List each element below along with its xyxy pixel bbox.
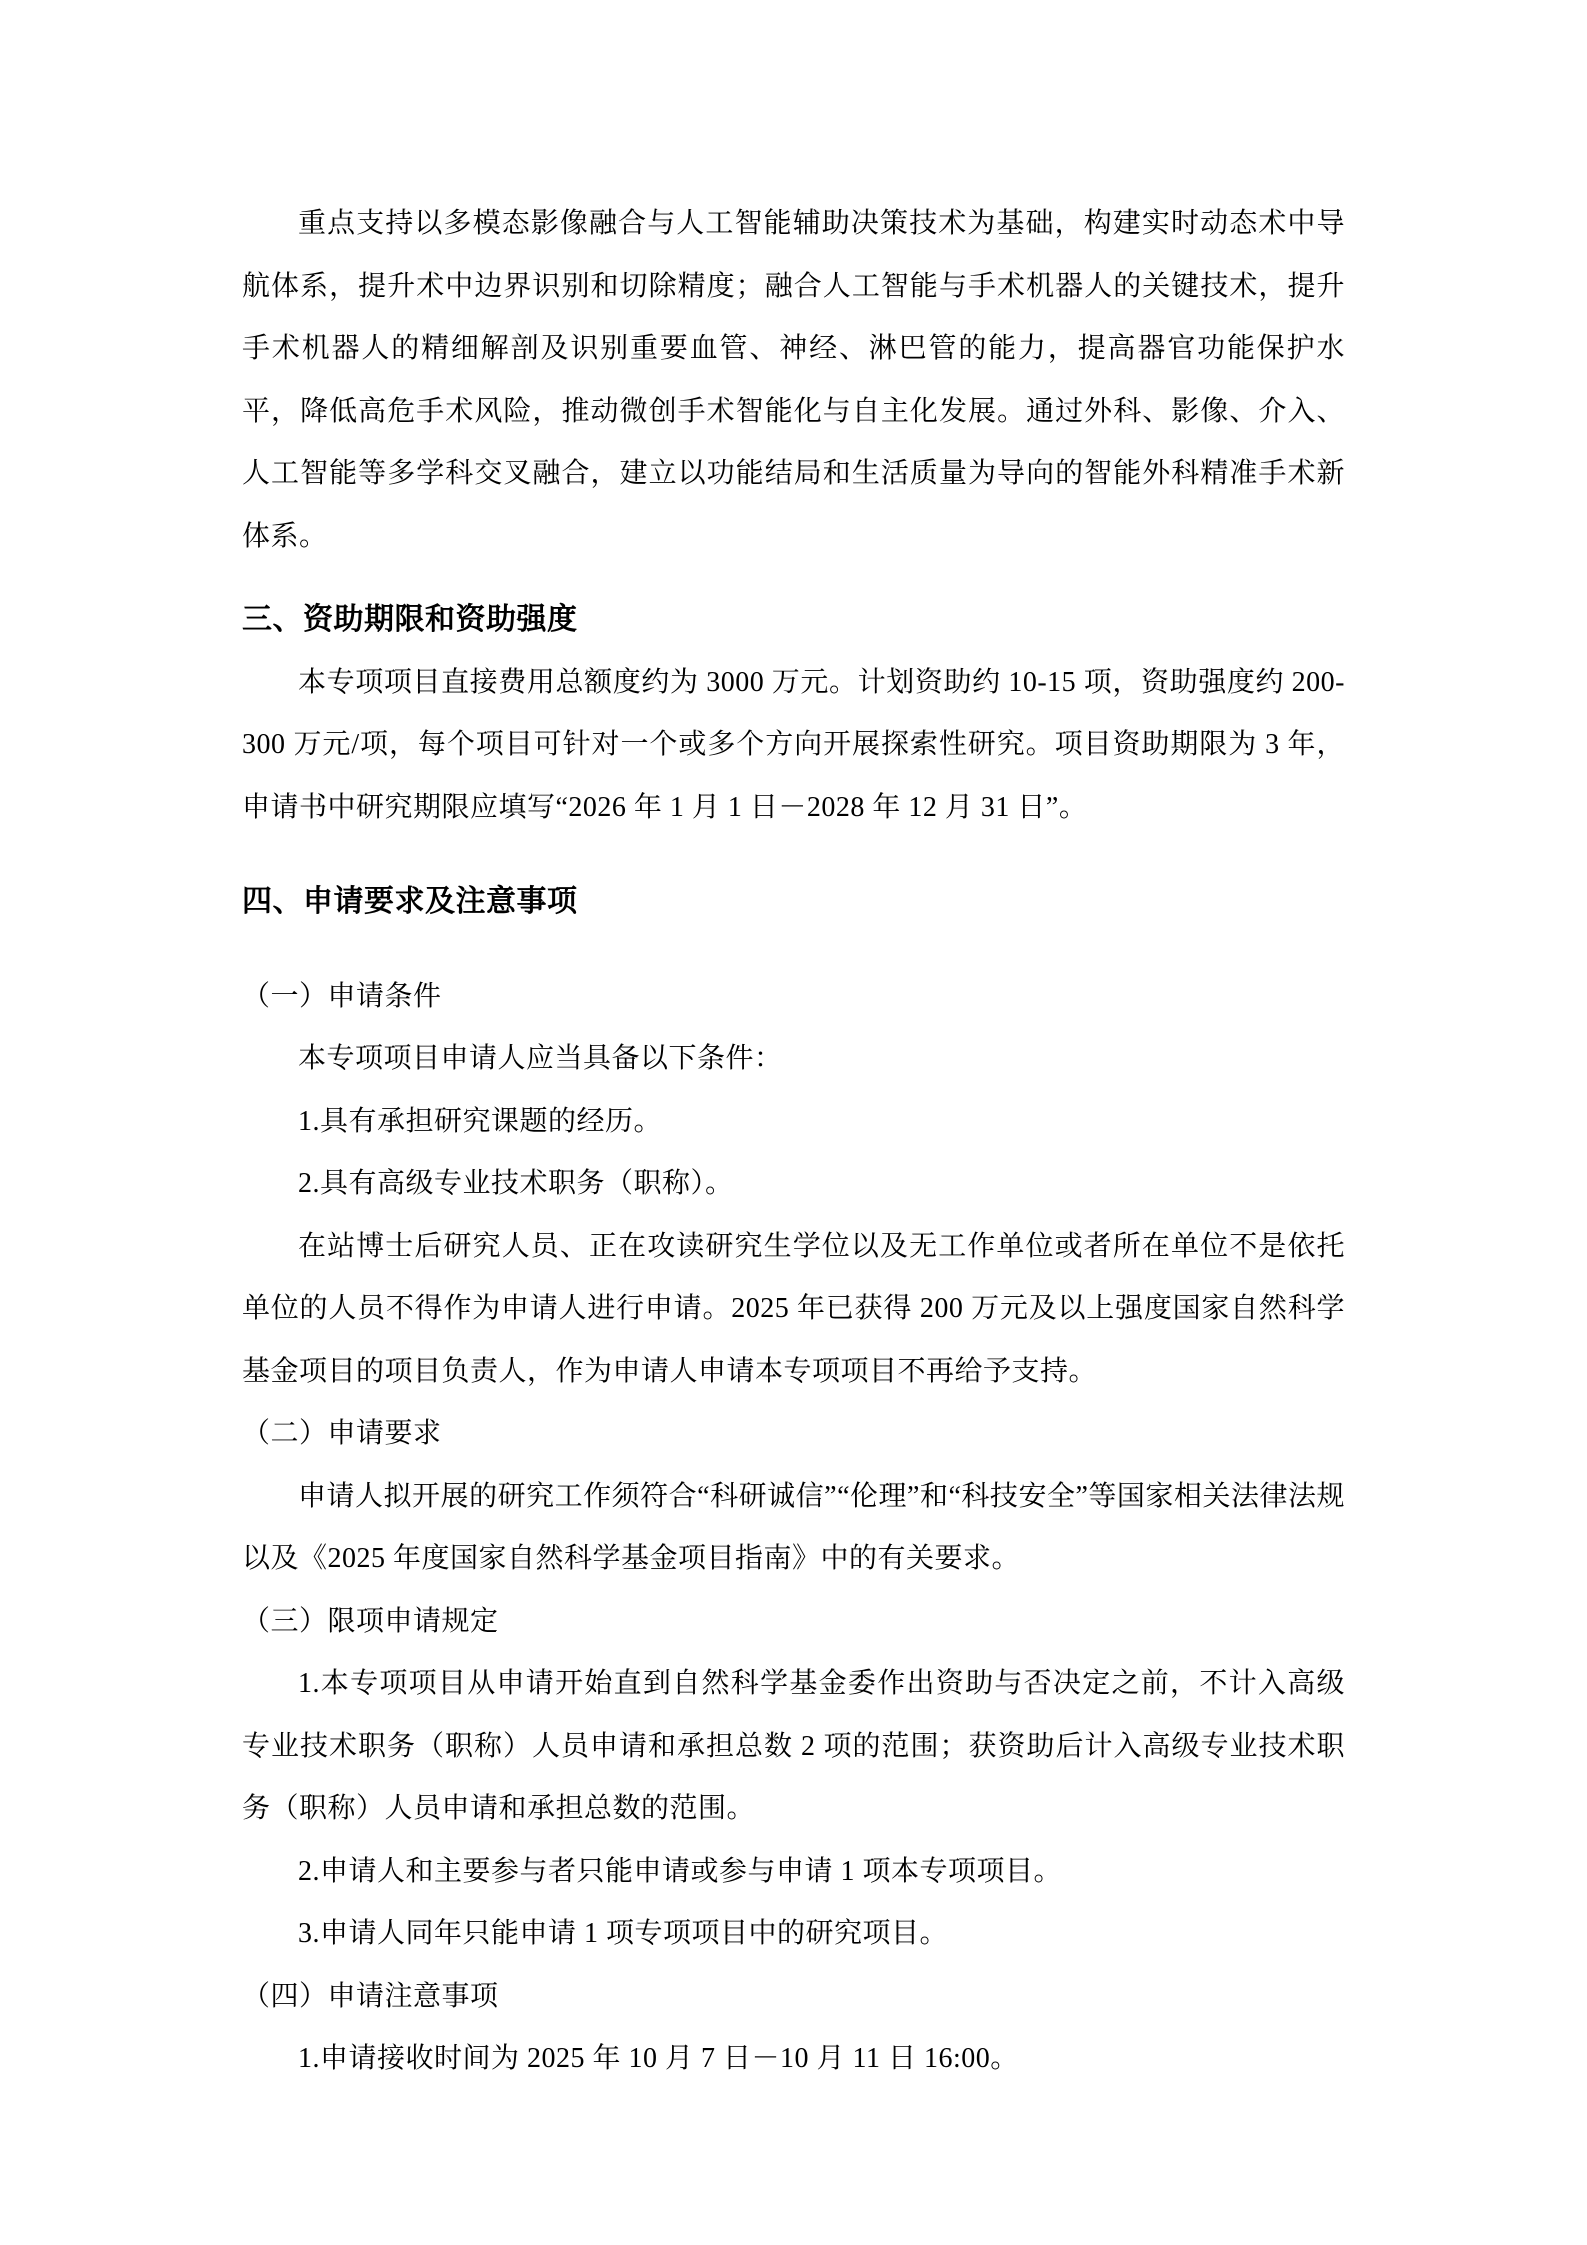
para-program-focus: 重点支持以多模态影像融合与人工智能辅助决策技术为基础，构建实时动态术中导航体系，… xyxy=(242,193,1345,568)
para-research-compliance: 申请人拟开展的研究工作须符合“科研诚信”“伦理”和“科技安全”等国家相关法律法规… xyxy=(242,1466,1345,1591)
item-note-receiving-time: 1.申请接收时间为 2025 年 10 月 7 日－10 月 11 日 16:0… xyxy=(242,2028,1345,2091)
para-funding-details: 本专项项目直接费用总额度约为 3000 万元。计划资助约 10-15 项，资助强… xyxy=(242,652,1345,840)
item-condition-research-experience: 1.具有承担研究课题的经历。 xyxy=(242,1091,1345,1154)
heading-application-requirements: 四、申请要求及注意事项 xyxy=(242,871,1345,934)
para-applicant-restrictions: 在站博士后研究人员、正在攻读研究生学位以及无工作单位或者所在单位不是依托单位的人… xyxy=(242,1216,1345,1404)
subheading-application-notes: （四）申请注意事项 xyxy=(242,1966,1345,2029)
subheading-application-requirement: （二）申请要求 xyxy=(242,1403,1345,1466)
document-page: 重点支持以多模态影像融合与人工智能辅助决策技术为基础，构建实时动态术中导航体系，… xyxy=(0,0,1587,2245)
item-limit-rule-3: 3.申请人同年只能申请 1 项专项项目中的研究项目。 xyxy=(242,1903,1345,1966)
document-content: 重点支持以多模态影像融合与人工智能辅助决策技术为基础，构建实时动态术中导航体系，… xyxy=(242,0,1345,2091)
item-limit-rule-2: 2.申请人和主要参与者只能申请或参与申请 1 项本专项项目。 xyxy=(242,1841,1345,1904)
heading-funding-period-strength: 三、资助期限和资助强度 xyxy=(242,589,1345,652)
subheading-limited-application-rules: （三）限项申请规定 xyxy=(242,1591,1345,1654)
item-condition-senior-title: 2.具有高级专业技术职务（职称）。 xyxy=(242,1153,1345,1216)
para-conditions-intro: 本专项项目申请人应当具备以下条件： xyxy=(242,1028,1345,1091)
subheading-application-conditions: （一）申请条件 xyxy=(242,966,1345,1029)
item-limit-rule-1: 1.本专项项目从申请开始直到自然科学基金委作出资助与否决定之前，不计入高级专业技… xyxy=(242,1653,1345,1841)
